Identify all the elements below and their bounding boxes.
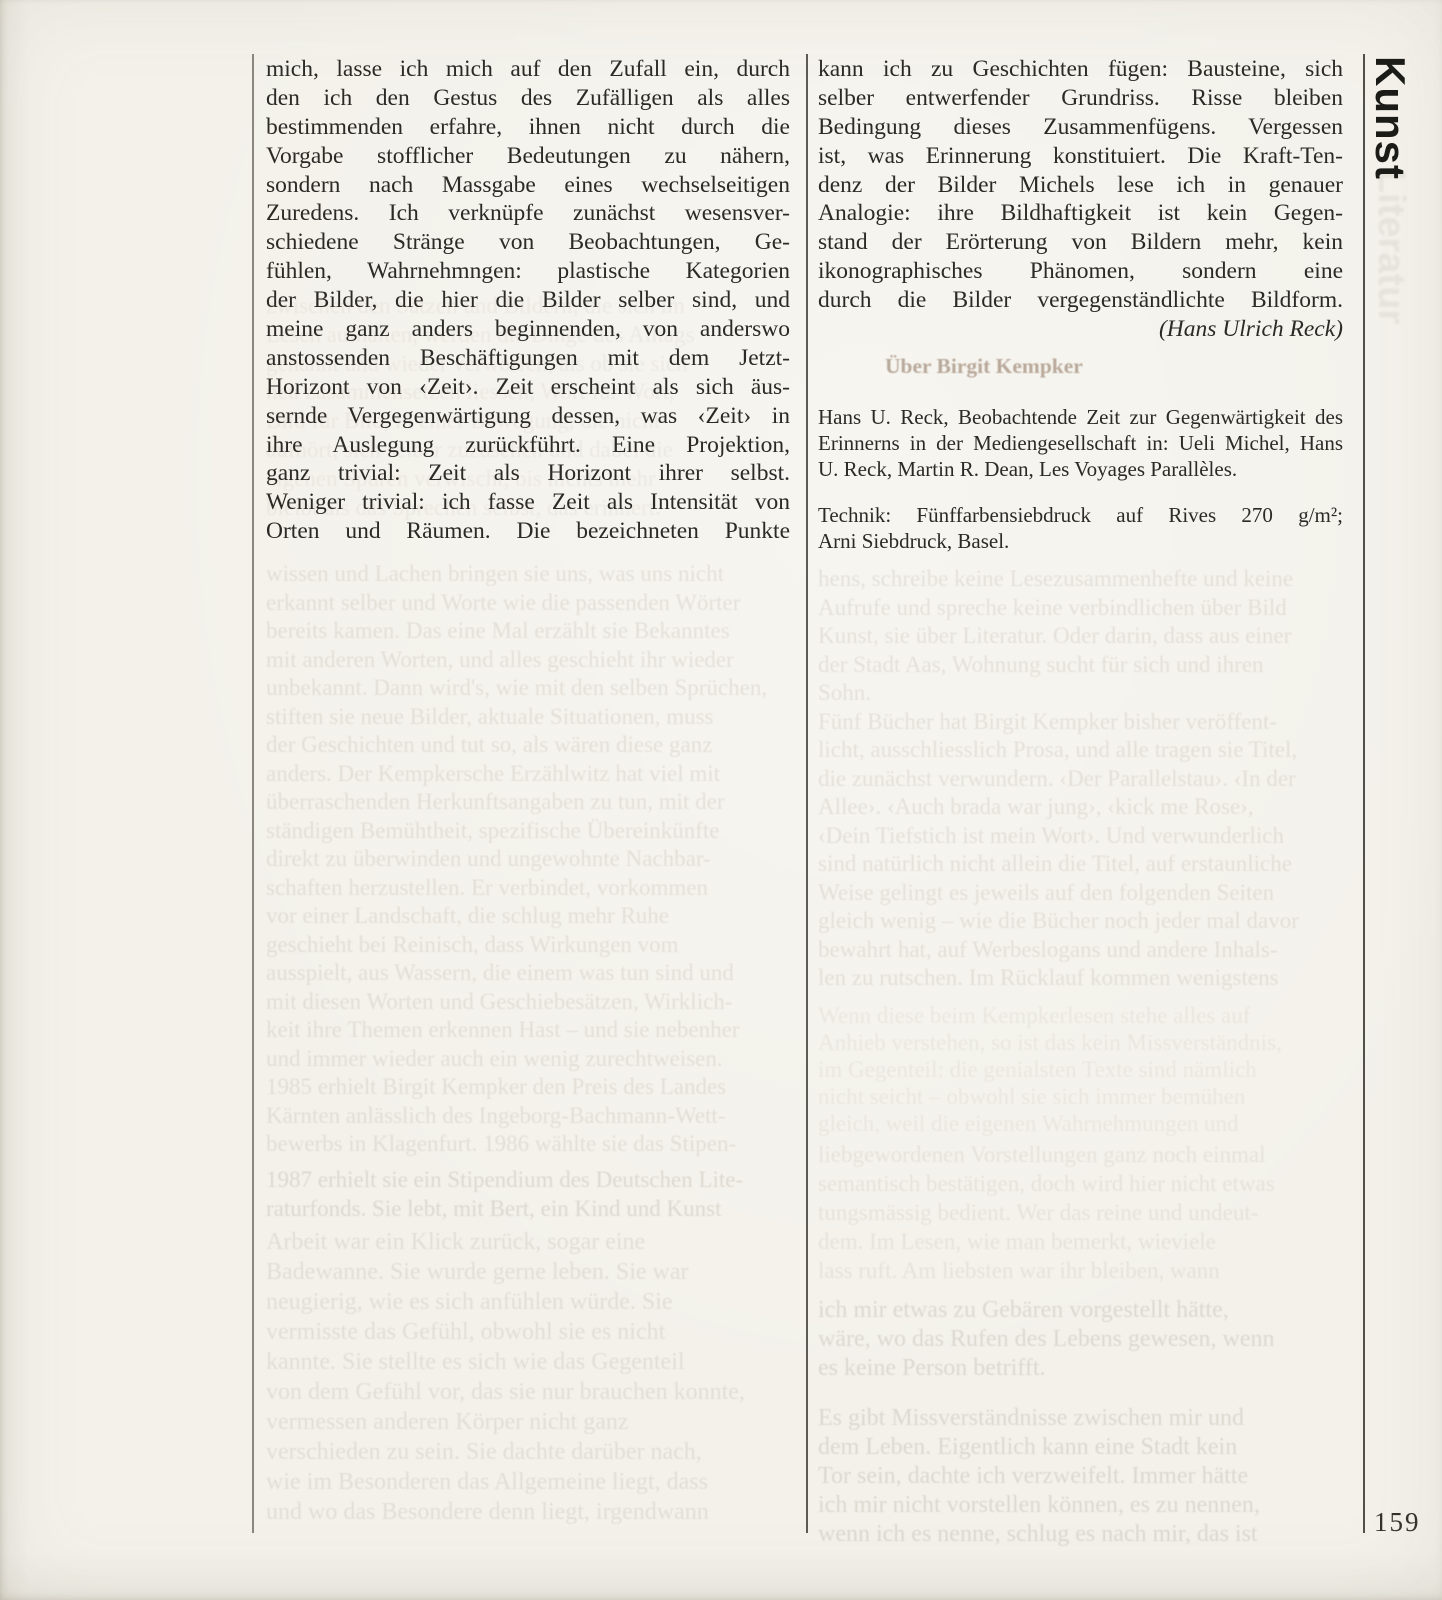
scanned-magazine-page: zwischen den Sätzen und Bildern, die sic… (0, 0, 1442, 1600)
bleed-through-left-lower: 1987 erhielt sie ein Stipendium des Deut… (266, 1165, 790, 1223)
column-rule-middle (806, 54, 808, 1533)
bleed-through-right-lower: liebgewordenen Vorstellungen ganz noch e… (818, 1140, 1343, 1285)
right-column-text: kann ich zu Geschichten fügen: Bausteine… (818, 55, 1343, 315)
bleed-through-right-upper: hens, schreibe keine Lesezusammenhefte u… (818, 565, 1343, 993)
page-number: 159 (1374, 1507, 1421, 1538)
bleed-through-right-bottom-2: Es gibt Missverständnisse zwischen mir u… (818, 1404, 1343, 1549)
bleed-through-right-bottom-1: ich mir etwas zu Gebären vorgestellt hät… (818, 1296, 1343, 1383)
author-attribution: (Hans Ulrich Reck) (818, 315, 1343, 344)
bleed-through-left-middle: wissen und Lachen bringen sie uns, was u… (266, 560, 790, 1159)
bleed-through-right-middle: Wenn diese beim Kempkerlesen stehe alles… (818, 1002, 1343, 1137)
column-rule-left (252, 54, 254, 1533)
section-label-bleed: Literatur (1369, 170, 1412, 324)
column-rule-right (1363, 54, 1365, 1533)
left-column-text: mich, lasse ich mich auf den Zufall ein,… (266, 55, 790, 546)
publication-credit: Hans U. Reck, Beobachtende Zeit zur Gege… (818, 404, 1343, 482)
bleed-through-left-bottom: Arbeit war ein Klick zurück, sogar eineB… (266, 1227, 790, 1527)
section-label: Kunst (1366, 56, 1414, 180)
right-column: kann ich zu Geschichten fügen: Bausteine… (818, 55, 1343, 554)
technique-note: Technik: Fünffarbensiebdruck auf Rives 2… (818, 502, 1343, 554)
